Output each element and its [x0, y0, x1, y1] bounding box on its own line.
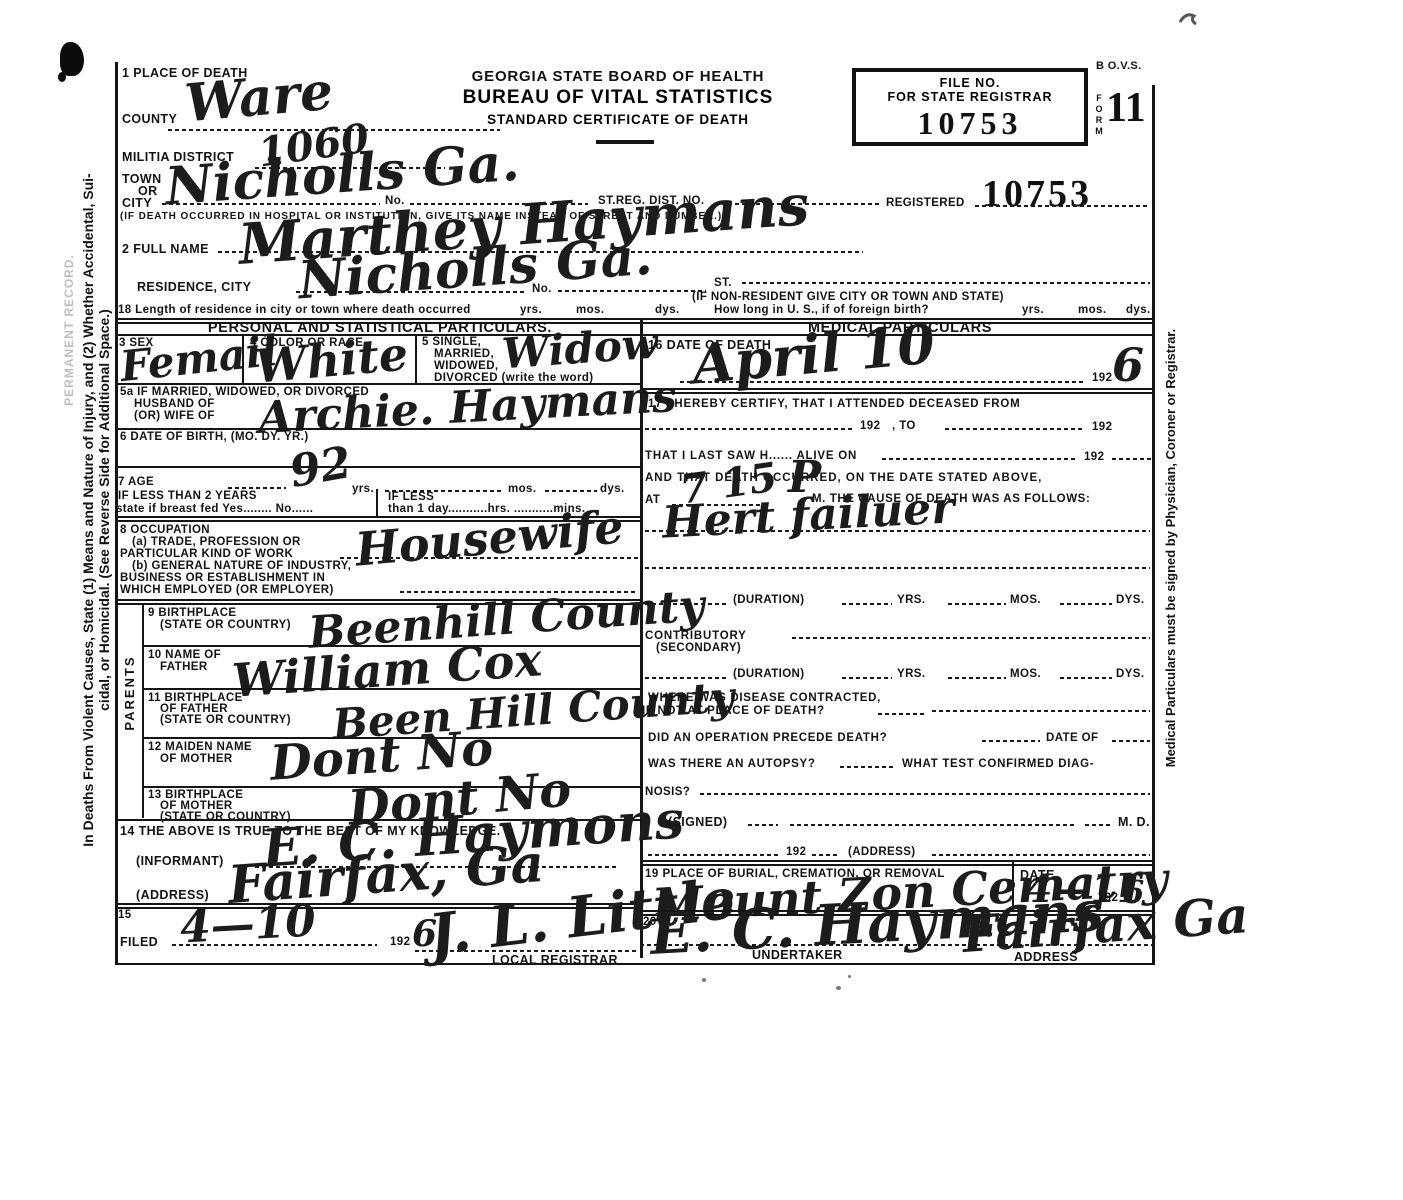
county-handwriting: Ware	[183, 69, 335, 129]
city-label: CITY	[122, 196, 152, 210]
marital-label-1: 5 SINGLE,	[422, 336, 481, 348]
ink-blot-small	[58, 72, 66, 82]
certify-to: , TO	[892, 420, 916, 432]
father-birthplace-sub2: (STATE OR COUNTRY)	[160, 714, 291, 726]
marital-handwriting: Widow	[501, 325, 659, 374]
last-saw-year: 192	[1084, 451, 1104, 463]
row18-label: 18 Length of residence in city or town w…	[118, 304, 471, 316]
nonresident-note: (IF NON-RESIDENT GIVE CITY OR TOWN AND S…	[692, 291, 1004, 303]
at-label: AT	[645, 494, 660, 506]
birthplace-sub: (STATE OR COUNTRY)	[160, 619, 291, 631]
age-sub1: IF LESS THAN 2 YEARS	[118, 490, 257, 502]
for-state-registrar-label: FOR STATE REGISTRAR	[856, 90, 1084, 104]
speck	[848, 975, 851, 978]
certify-label: 17 I HEREBY CERTIFY, THAT I ATTENDED DEC…	[648, 398, 1020, 410]
undertaker-label: UNDERTAKER	[752, 948, 843, 962]
signed-label: (SIGNED)	[668, 815, 727, 829]
margin-faded-note: PERMANENT RECORD.	[62, 95, 76, 565]
age-dys: dys.	[600, 483, 625, 495]
certify-year2: 192	[1092, 421, 1112, 433]
dod-year-handwriting: 6	[1112, 345, 1144, 386]
age-handwriting: 92	[287, 443, 354, 493]
mother-maiden-sub: OF MOTHER	[160, 753, 233, 765]
contributory-label: CONTRIBUTORY	[645, 630, 747, 642]
father-name-label: 10 NAME OF	[148, 649, 221, 661]
right-margin-note: Medical Particulars must be signed by Ph…	[1163, 248, 1178, 848]
where-contracted-label1: WHERE WAS DISEASE CONTRACTED,	[648, 692, 881, 704]
title-line3: STANDARD CERTIFICATE OF DEATH	[408, 112, 828, 127]
autopsy-label: WAS THERE AN AUTOPSY?	[648, 758, 816, 770]
age-sub2: state if breast fed Yes........ No......	[116, 503, 313, 515]
dod-year-label: 192	[1092, 372, 1112, 384]
parents-vertical-label: PARENTS	[122, 618, 137, 768]
color-handwriting: White	[253, 333, 409, 388]
occupation-b2-label: BUSINESS OR ESTABLISHMENT IN	[120, 572, 325, 584]
occupation-b3-label: WHICH EMPLOYED (OR EMPLOYER)	[120, 584, 334, 596]
filed-date-handwriting: 4—10	[179, 901, 317, 948]
certify-year1: 192	[860, 420, 880, 432]
signed-year-label: 192	[786, 846, 806, 858]
m5a-label-2: HUSBAND OF	[134, 398, 215, 410]
left-margin-note: In Deaths From Violent Causes, State (1)…	[80, 70, 112, 950]
date-of-label: DATE OF	[1046, 732, 1098, 744]
m5a-label-3: (OR) WIFE OF	[134, 410, 215, 422]
local-registrar-label: LOCAL REGISTRAR	[492, 953, 618, 967]
form-title-block: GEORGIA STATE BOARD OF HEALTH BUREAU OF …	[408, 68, 828, 127]
what-test-label: WHAT TEST CONFIRMED DIAG-	[902, 758, 1094, 770]
row18-dys2: dys.	[1126, 304, 1151, 316]
registered-number-stamp: 10753	[982, 172, 1092, 216]
marital-label-2: MARRIED,	[434, 348, 494, 360]
occupation-a-label: (a) TRADE, PROFESSION OR	[132, 536, 301, 548]
mother-maiden-label: 12 MAIDEN NAME	[148, 741, 252, 753]
secondary-label: (SECONDARY)	[656, 642, 741, 654]
filed-year-label: 192	[390, 936, 410, 948]
duration2-mos: MOS.	[1010, 668, 1041, 680]
bovs-label: B O.V.S.	[1096, 60, 1142, 72]
filed-label: FILED	[120, 935, 158, 949]
left-margin-line2: cidal, or Homicidal. (See Reverse Side f…	[96, 70, 112, 950]
duration2-yrs: YRS.	[897, 668, 925, 680]
residence-no-label: No.	[532, 283, 552, 295]
duration2-label: (DURATION)	[733, 668, 805, 680]
occupation-label: 8 OCCUPATION	[120, 524, 210, 536]
occupation-b-label: (b) GENERAL NATURE OF INDUSTRY,	[132, 560, 351, 572]
residence-label: RESIDENCE, CITY	[137, 280, 251, 294]
row18-yrs: yrs.	[520, 304, 542, 316]
left-margin-line1: In Deaths From Violent Causes, State (1)…	[80, 70, 96, 950]
county-label: COUNTY	[122, 112, 177, 126]
full-name-label: 2 FULL NAME	[122, 242, 209, 256]
undertaker-address-label: ADDRESS	[1014, 950, 1078, 964]
age-mos: mos.	[508, 483, 536, 495]
signed-address-label: (ADDRESS)	[848, 846, 916, 858]
dob-label: 6 DATE OF BIRTH, (MO. DY. YR.)	[120, 431, 309, 443]
st-label: ST.	[714, 277, 732, 289]
duration1-mos: MOS.	[1010, 594, 1041, 606]
filed-number: 15	[118, 909, 132, 921]
undertaker-address-handwriting: Fairfax Ga	[961, 892, 1250, 957]
duration1-yrs: YRS.	[897, 594, 925, 606]
file-no-label: FILE NO.	[856, 76, 1084, 90]
duration1-dys: DYS.	[1116, 594, 1144, 606]
md-label: M. D.	[1118, 815, 1150, 829]
age-yrs: yrs.	[352, 483, 374, 495]
marital-label-3: WIDOWED,	[434, 360, 499, 372]
row18-mos2: mos.	[1078, 304, 1106, 316]
operation-label: DID AN OPERATION PRECEDE DEATH?	[648, 732, 887, 744]
row18-mos: mos.	[576, 304, 604, 316]
corner-mark-icon	[1176, 8, 1202, 32]
registered-label: REGISTERED	[886, 197, 965, 209]
birthplace-label: 9 BIRTHPLACE	[148, 607, 237, 619]
father-name-sub: FATHER	[160, 661, 208, 673]
cause-of-death-handwriting: Hert failuer	[661, 488, 955, 543]
nosis-label: NOSIS?	[645, 786, 690, 798]
row18-dys: dys.	[655, 304, 680, 316]
form-word-vertical: FORM	[1094, 93, 1104, 137]
date-of-death-handwriting: April 10	[690, 319, 936, 389]
speck	[702, 978, 706, 982]
informant-address-label: (ADDRESS)	[136, 888, 209, 902]
speck	[836, 986, 841, 990]
form-number: 11	[1106, 84, 1146, 132]
file-number-stamp: 10753	[856, 105, 1084, 142]
file-no-box: FILE NO. FOR STATE REGISTRAR 10753	[852, 68, 1088, 146]
age-label: 7 AGE	[118, 476, 154, 488]
death-certificate-scan: PERMANENT RECORD. In Deaths From Violent…	[0, 0, 1403, 1200]
title-line2: BUREAU OF VITAL STATISTICS	[408, 87, 828, 109]
row18-yrs2: yrs.	[1022, 304, 1044, 316]
duration2-dys: DYS.	[1116, 668, 1144, 680]
duration1-label: (DURATION)	[733, 594, 805, 606]
informant-label: (INFORMANT)	[136, 854, 224, 868]
age-sub3: IF LESS	[388, 491, 434, 503]
title-line1: GEORGIA STATE BOARD OF HEALTH	[408, 68, 828, 85]
where-contracted-label2: IF NOT AT PLACE OF DEATH?	[642, 705, 825, 717]
occupation-work-label: PARTICULAR KIND OF WORK	[120, 548, 293, 560]
